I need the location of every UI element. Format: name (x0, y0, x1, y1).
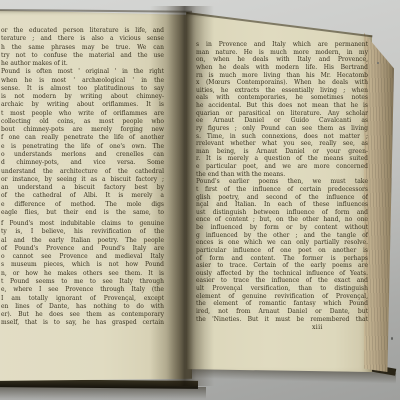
text-line: the 'Nineties. But it must be remembered… (196, 316, 368, 324)
text-line: ously affected by the technical influenc… (196, 270, 368, 278)
text-line: d chimney-pots, and vice versa. Some (1, 159, 164, 167)
backdrop-speck (391, 337, 393, 340)
text-line: when he is most ' archæological ' in the (1, 77, 164, 85)
text-line: or instance, by seeing it as a biscuit f… (1, 176, 164, 184)
text-line: t most people who write of oriflammes ar… (1, 110, 164, 118)
text-line: t Pound seems to me to see Italy through (1, 278, 164, 286)
text-line: r. It is merely a question of the means … (196, 155, 368, 163)
text-line: he accidental. But this does not mean th… (196, 102, 368, 110)
text-line: e is penetrating the life of one's own. … (1, 143, 164, 151)
text-line: s museum pieces, which is not how Pound (1, 261, 164, 269)
text-line: element of genuine revivification of Pro… (196, 293, 368, 301)
text-line: or the educated person literature is lif… (1, 27, 164, 35)
text-line: the end than with the means. (196, 171, 368, 179)
text-line: ired, not from Arnaut Daniel or Dante, b… (196, 308, 368, 316)
text-line: n, or how he makes others see them. It i… (1, 270, 164, 278)
text-line: understand the architecture of the cathe… (1, 168, 164, 176)
text-line: ences is one which we can only partially… (196, 239, 368, 247)
text-line: eagle flies, but their end is the same, … (1, 209, 164, 217)
text-line: en lines of Dante, has nothing to do wit… (1, 303, 164, 311)
text-line: man being, is Arnaut Daniel or your gree… (196, 148, 368, 156)
text-line: asier to trace. Certain of the early poe… (196, 262, 368, 270)
text-line: uities, he extracts the essentially livi… (196, 87, 368, 95)
text-line: x (Mœurs Contemporains). When he deals w… (196, 79, 368, 87)
text-line: ty is, I believe, his revivification of … (1, 228, 164, 236)
text-line: nçal and Italian. In each of these influ… (196, 201, 368, 209)
text-line: e particular poet, and we are more conce… (196, 163, 368, 171)
text-line: terature ; and there is also a vicious s… (1, 35, 164, 43)
page-stack-fore-edge (364, 31, 394, 372)
cast-shadow-left (0, 387, 206, 399)
text-line: eals with contemporaries, he sometimes n… (196, 94, 368, 102)
text-line: be influenced by form or by content with… (196, 224, 368, 232)
text-line: mself, that is to say, he has grasped ce… (1, 319, 164, 327)
text-line: ust distinguish between influence of for… (196, 209, 368, 217)
text-line: f one can really penetrate the life of a… (1, 134, 164, 142)
text-line: t first of the influence of certain pred… (196, 186, 368, 194)
text-line: Pound's earlier poems then, we must take (196, 178, 368, 186)
text-line: al and the early Italian poetry. The peo… (1, 237, 164, 245)
text-line: e difference of method. The mole digs (1, 201, 164, 209)
text-line: bout chimney-pots are merely forging new (1, 126, 164, 134)
text-line: rn is much more living than his Mr. Heca… (196, 72, 368, 80)
text-line: s. Time, in such connexions, does not ma… (196, 133, 368, 141)
text-line: try not to confuse the material and the … (1, 52, 164, 60)
text-line: quarian or parasitical on literature. An… (196, 110, 368, 118)
text-line: ry figures ; only Pound can see them as … (196, 125, 368, 133)
text-line: ence of content ; but, on the other hand… (196, 216, 368, 224)
text-line: the element of romantic fantasy which Po… (196, 300, 368, 308)
text-line: f Pound's most indubitable claims to gen… (1, 220, 164, 228)
text-line: man nature. He is much more modern, in m… (196, 49, 368, 57)
text-line: of Pound's Provence and Pound's Italy ar… (1, 245, 164, 253)
text-line: an understand a biscuit factory best by (1, 184, 164, 192)
text-line: of the cathedral of Albi. It is merely a (1, 192, 164, 200)
page-number: xiii (196, 324, 368, 331)
text-line: collecting old coins, as most people who (1, 118, 164, 126)
open-book-photo: or the educated person literature is lif… (0, 0, 400, 400)
text-line: ult Provençal versification, than to dis… (196, 285, 368, 293)
text-line: h the same phrases may be true. We can (1, 44, 164, 52)
text-line: is not modern by writing about chimney- (1, 93, 164, 101)
text-line: Pound is often most ' original ' in the … (1, 68, 164, 76)
text-line: s in Provence and Italy which are perman… (196, 41, 368, 49)
backdrop-speck (377, 62, 379, 64)
text-line: er). But he does see them as contemporar… (1, 311, 164, 319)
left-page-text: or the educated person literature is lif… (1, 27, 164, 328)
text-line: ee Arnaut Daniel or Guido Cavalcanti as (196, 117, 368, 125)
text-line: sense. It is almost too platitudinous to… (1, 85, 164, 93)
text-line: archaic by writing about oriflammes. It … (1, 101, 164, 109)
text-line: of form and content. The former is perha… (196, 255, 368, 263)
right-page-text: s in Provence and Italy which are perman… (196, 41, 368, 323)
text-line: he author makes of it. (1, 60, 164, 68)
text-line: on, when he deals with Italy and Provenc… (196, 56, 368, 64)
text-line: o cannot see Provence and medieval Italy (1, 253, 164, 261)
text-line: e, where I see Provence through Italy (t… (1, 286, 164, 294)
text-line: I am totally ignorant of Provençal, exce… (1, 295, 164, 303)
text-line: rrelevant whether what you see, really s… (196, 140, 368, 148)
text-line: particular influence of one poet on anot… (196, 247, 368, 255)
text-line: glish poetry, and second of the influenc… (196, 194, 368, 202)
text-line: o understands merlons and crenelles can (1, 151, 164, 159)
text-line: easier to trace the influence of the exa… (196, 277, 368, 285)
text-line: g influenced by the other ; and the tang… (196, 232, 368, 240)
text-line: when he deals with modern life. His Bert… (196, 64, 368, 72)
